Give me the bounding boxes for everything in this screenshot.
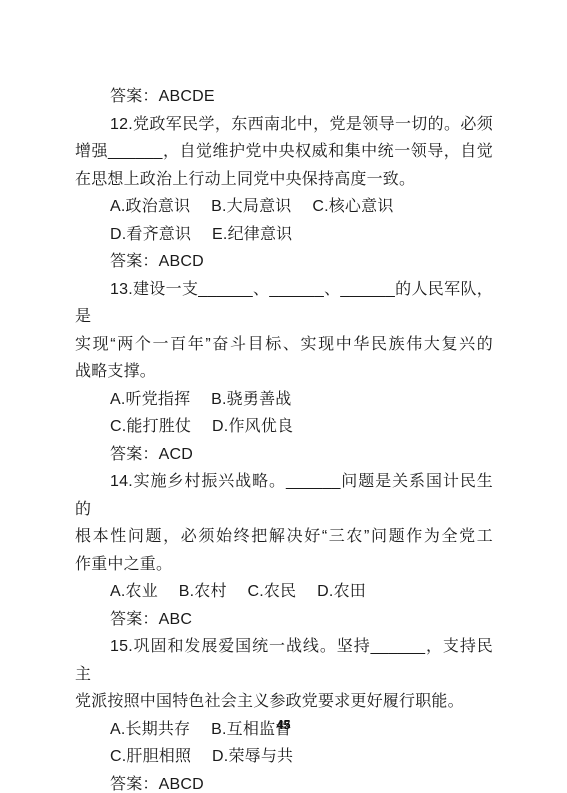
page-number: 45 — [0, 716, 567, 734]
question-stem-line: 在思想上政治上行动上同党中央保持高度一致。 — [75, 166, 493, 194]
question-15: 15.巩固和发展爱国统一战线。坚持______，支持民主 党派按照中国特色社会主… — [75, 633, 493, 793]
answer-line-q13: 答案：ACD — [75, 441, 493, 469]
answer-line-q12: 答案：ABCD — [75, 248, 493, 276]
question-14: 14.实施乡村振兴战略。______问题是关系国计民生的 根本性问题，必须始终把… — [75, 468, 493, 633]
question-stem-line: 战略支撑。 — [75, 358, 493, 386]
question-stem-line: 根本性问题，必须始终把解决好“三农”问题作为全党工 — [75, 523, 493, 551]
answer-line-q11: 答案：ABCDE — [75, 83, 493, 111]
options-line: A.听党指挥 B.骁勇善战 — [75, 386, 493, 414]
question-stem-line: 实现“两个一百年”奋斗目标、实现中华民族伟大复兴的 — [75, 331, 493, 359]
options-line: A.政治意识 B.大局意识 C.核心意识 — [75, 193, 493, 221]
answer-line-q15: 答案：ABCD — [75, 771, 493, 793]
question-stem-line: 14.实施乡村振兴战略。______问题是关系国计民生的 — [75, 468, 493, 523]
options-line: C.能打胜仗 D.作风优良 — [75, 413, 493, 441]
question-stem-line: 增强______，自觉维护党中央权威和集中统一领导，自觉 — [75, 138, 493, 166]
page-content: 答案：ABCDE 12.党政军民学，东西南北中，党是领导一切的。必须 增强___… — [75, 83, 493, 793]
question-stem-line: 15.巩固和发展爱国统一战线。坚持______，支持民主 — [75, 633, 493, 688]
question-stem-line: 13.建设一支______、______、______的人民军队，是 — [75, 276, 493, 331]
question-stem-line: 12.党政军民学，东西南北中，党是领导一切的。必须 — [75, 111, 493, 139]
answer-line-q14: 答案：ABC — [75, 606, 493, 634]
question-13: 13.建设一支______、______、______的人民军队，是 实现“两个… — [75, 276, 493, 469]
question-stem-line: 党派按照中国特色社会主义参政党要求更好履行职能。 — [75, 688, 493, 716]
question-12: 12.党政军民学，东西南北中，党是领导一切的。必须 增强______，自觉维护党… — [75, 111, 493, 276]
document-page: 答案：ABCDE 12.党政军民学，东西南北中，党是领导一切的。必须 增强___… — [0, 0, 567, 793]
options-line: D.看齐意识 E.纪律意识 — [75, 221, 493, 249]
options-line: C.肝胆相照 D.荣辱与共 — [75, 743, 493, 771]
options-line: A.农业 B.农村 C.农民 D.农田 — [75, 578, 493, 606]
question-stem-line: 作重中之重。 — [75, 551, 493, 579]
